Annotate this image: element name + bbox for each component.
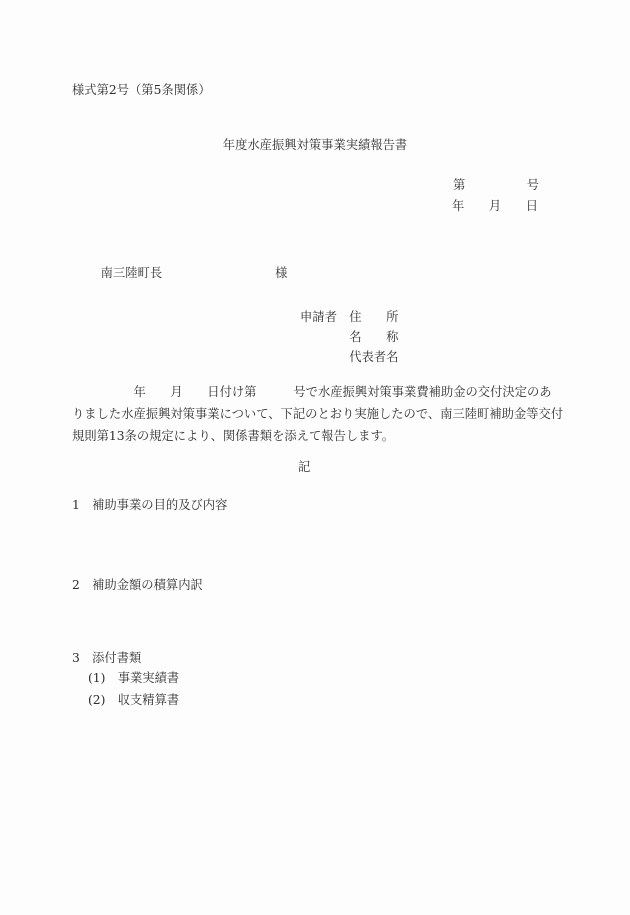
addressee-honorific: 様	[275, 266, 287, 280]
item-subsidy-breakdown: 2 補助金額の積算内訳	[72, 578, 203, 593]
body-paragraph-line-1: 年 月 日付け第 号で水産振興対策事業費補助金の交付決定のあ	[72, 381, 567, 403]
document-number-blank: 第 号	[453, 178, 539, 193]
applicant-representative-row: 代表者名	[300, 350, 398, 365]
item-attached-documents: 3 添付書類	[72, 651, 141, 666]
body-paragraph-line-2: りました水産振興対策事業について、下記のとおり実施したので、南三陸町補助金等交付	[72, 403, 567, 425]
form-number: 様式第2号（第5条関係）	[72, 83, 211, 98]
document-title: 年度水産振興対策事業実績報告書	[0, 138, 630, 153]
addressee-name: 南三陸町長	[101, 266, 163, 280]
applicant-name-row: 名 称	[300, 330, 398, 345]
body-paragraph-line-3: 規則第13条の規定により、関係書類を添えて報告します。	[72, 425, 567, 447]
addressee-line: 南三陸町長様	[85, 251, 287, 296]
ki-separator: 記	[298, 460, 310, 475]
attached-doc-business-results: (1) 事業実績書	[88, 671, 179, 686]
body-paragraph: 年 月 日付け第 号で水産振興対策事業費補助金の交付決定のあ りました水産振興対…	[72, 381, 567, 447]
item-purpose-and-content: 1 補助事業の目的及び内容	[72, 498, 227, 513]
document-page: 様式第2号（第5条関係） 年度水産振興対策事業実績報告書 第 号 年 月 日 南…	[0, 0, 630, 915]
applicant-address-row: 申請者 住 所	[300, 310, 398, 325]
attached-doc-income-expense-settlement: (2) 収支精算書	[88, 693, 179, 708]
document-date-blank: 年 月 日	[452, 199, 538, 214]
